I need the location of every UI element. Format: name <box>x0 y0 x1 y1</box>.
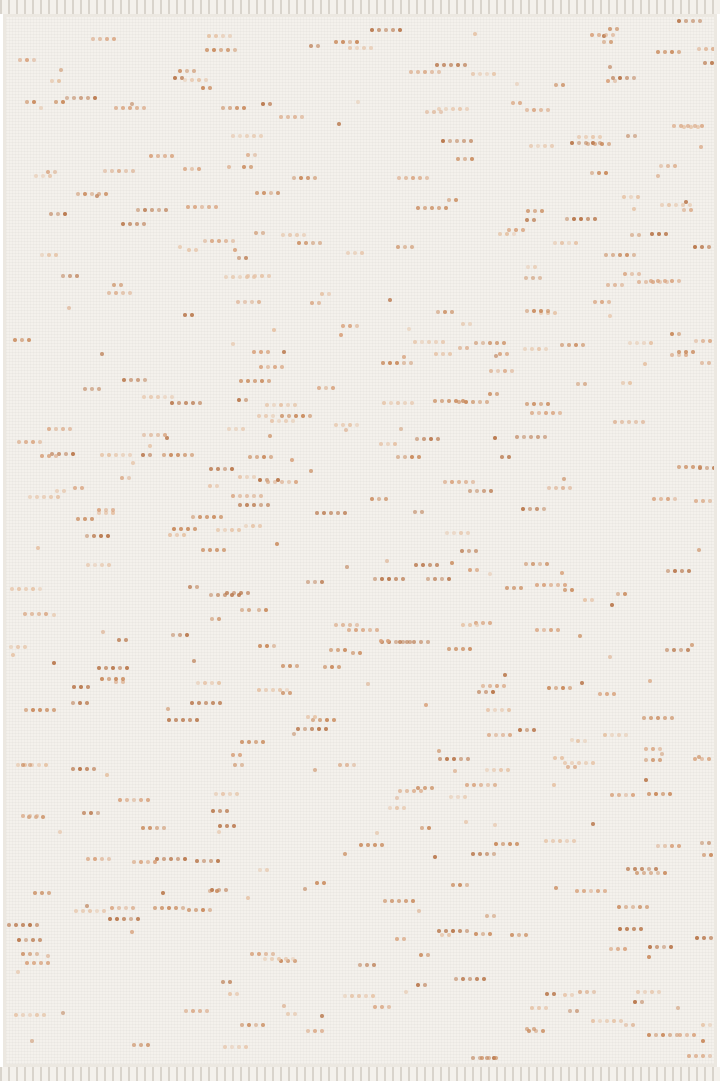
speckle-dot <box>648 679 652 683</box>
speckle-dot <box>670 844 674 848</box>
speckle-dot <box>500 455 504 459</box>
speckle-dot <box>466 757 470 761</box>
speckle-dot <box>649 871 653 875</box>
speckle-dot <box>444 107 448 111</box>
speckle-dot <box>190 167 194 171</box>
speckle-dot <box>486 783 490 787</box>
speckle-dot <box>184 401 188 405</box>
speckle-dot <box>493 708 497 712</box>
speckle-dot <box>31 938 35 942</box>
speckle-dot <box>28 814 32 818</box>
speckle-dot <box>352 763 356 767</box>
speckle-dot <box>636 990 640 994</box>
speckle-dot <box>306 580 310 584</box>
speckle-dot <box>209 859 213 863</box>
speckle-dot <box>35 923 39 927</box>
speckle-dot <box>245 134 249 138</box>
speckle-dot <box>430 206 434 210</box>
speckle-dot <box>14 1013 18 1017</box>
speckle-dot <box>183 78 187 82</box>
speckle-dot <box>560 343 564 347</box>
speckle-dot <box>160 906 164 910</box>
speckle-dot <box>61 274 65 278</box>
speckle-dot <box>616 947 620 951</box>
speckle-dot <box>264 608 268 612</box>
speckle-dot <box>560 756 564 760</box>
speckle-dot <box>411 899 415 903</box>
speckle-dot <box>103 169 107 173</box>
speckle-dot <box>401 577 405 581</box>
speckle-dot <box>535 583 539 587</box>
speckle-dot <box>246 591 250 595</box>
speckle-dot <box>231 494 235 498</box>
speckle-dot <box>405 640 409 644</box>
speckle-dot <box>92 767 96 771</box>
speckle-dot <box>465 107 469 111</box>
speckle-dot <box>365 963 369 967</box>
speckle-dot <box>632 253 636 257</box>
speckle-dot <box>217 239 221 243</box>
speckle-dot <box>404 990 408 994</box>
speckle-dot <box>533 265 537 269</box>
speckle-dot <box>297 241 301 245</box>
speckle-dot <box>59 68 63 72</box>
speckle-dot <box>235 992 239 996</box>
speckle-dot <box>232 824 236 828</box>
speckle-dot <box>656 871 660 875</box>
speckle-dot <box>313 715 317 719</box>
speckle-dot <box>643 362 647 366</box>
speckle-dot <box>451 883 455 887</box>
speckle-dot <box>538 562 542 566</box>
speckle-dot <box>148 826 152 830</box>
speckle-dot <box>238 275 242 279</box>
speckle-dot <box>660 203 664 207</box>
speckle-dot <box>306 176 310 180</box>
speckle-dot <box>650 232 654 236</box>
speckle-dot <box>85 904 89 908</box>
speckle-dot <box>271 414 275 418</box>
speckle-dot <box>282 1004 286 1008</box>
speckle-dot <box>414 563 418 567</box>
speckle-dot <box>712 466 716 470</box>
speckle-dot <box>304 241 308 245</box>
speckle-dot <box>223 593 227 597</box>
speckle-dot <box>90 517 94 521</box>
speckle-dot <box>238 753 242 757</box>
speckle-dot <box>28 763 32 767</box>
speckle-dot <box>315 881 319 885</box>
speckle-dot <box>515 435 519 439</box>
speckle-dot <box>687 1054 691 1058</box>
speckle-dot <box>416 70 420 74</box>
speckle-dot <box>625 76 629 80</box>
speckle-dot <box>537 1006 541 1010</box>
speckle-dot <box>403 455 407 459</box>
speckle-dot <box>100 453 104 457</box>
speckle-dot <box>156 395 160 399</box>
speckle-dot <box>100 563 104 567</box>
speckle-dot <box>485 768 489 772</box>
speckle-dot <box>188 718 192 722</box>
speckle-dot <box>656 174 660 178</box>
speckle-dot <box>221 34 225 38</box>
speckle-dot <box>402 355 406 359</box>
speckle-dot <box>181 718 185 722</box>
speckle-dot <box>348 423 352 427</box>
speckle-dot <box>252 475 256 479</box>
speckle-dot <box>132 1043 136 1047</box>
speckle-dot <box>700 841 704 845</box>
speckle-dot <box>447 933 451 937</box>
speckle-dot <box>257 300 261 304</box>
speckle-dot <box>39 106 43 110</box>
speckle-dot <box>201 908 205 912</box>
speckle-dot <box>436 310 440 314</box>
speckle-dot <box>664 232 668 236</box>
speckle-dot <box>459 531 463 535</box>
speckle-dot <box>437 206 441 210</box>
speckle-dot <box>176 857 180 861</box>
speckle-dot <box>350 994 354 998</box>
speckle-dot <box>570 761 574 765</box>
speckle-dot <box>598 692 602 696</box>
speckle-dot <box>253 379 257 383</box>
speckle-dot <box>343 511 347 515</box>
speckle-dot <box>389 401 393 405</box>
speckle-dot <box>32 961 36 965</box>
speckle-dot <box>54 427 58 431</box>
speckle-dot <box>565 217 569 221</box>
speckle-dot <box>181 906 185 910</box>
speckle-dot <box>167 718 171 722</box>
speckle-dot <box>210 239 214 243</box>
speckle-dot <box>258 524 262 528</box>
speckle-dot <box>238 494 242 498</box>
speckle-dot <box>272 644 276 648</box>
speckle-dot <box>437 929 441 933</box>
speckle-dot <box>301 414 305 418</box>
speckle-dot <box>649 341 653 345</box>
speckle-dot <box>609 947 613 951</box>
speckle-dot <box>117 638 121 642</box>
speckle-dot <box>518 728 522 732</box>
speckle-dot <box>130 102 134 106</box>
speckle-dot <box>31 708 35 712</box>
speckle-dot <box>302 233 306 237</box>
speckle-dot <box>306 1029 310 1033</box>
speckle-dot <box>409 361 413 365</box>
speckle-dot <box>416 983 420 987</box>
speckle-dot <box>80 486 84 490</box>
speckle-dot <box>642 871 646 875</box>
speckle-dot <box>55 489 59 493</box>
speckle-dot <box>163 395 167 399</box>
speckle-dot <box>38 587 42 591</box>
speckle-dot <box>184 1009 188 1013</box>
speckle-dot <box>407 327 411 331</box>
speckle-dot <box>604 171 608 175</box>
speckle-dot <box>546 402 550 406</box>
speckle-dot <box>613 283 617 287</box>
speckle-dot <box>252 350 256 354</box>
speckle-dot <box>524 933 528 937</box>
speckle-dot <box>403 245 407 249</box>
speckle-dot <box>567 241 571 245</box>
speckle-dot <box>153 860 157 864</box>
speckle-dot <box>373 1005 377 1009</box>
speckle-dot <box>395 361 399 365</box>
speckle-dot <box>530 347 534 351</box>
speckle-dot <box>231 239 235 243</box>
speckle-dot <box>398 789 402 793</box>
speckle-dot <box>461 647 465 651</box>
speckle-dot <box>423 70 427 74</box>
speckle-dot <box>277 957 281 961</box>
speckle-dot <box>464 480 468 484</box>
speckle-dot <box>38 938 42 942</box>
speckle-dot <box>68 274 72 278</box>
speckle-dot <box>613 79 617 83</box>
speckle-dot <box>697 47 701 51</box>
speckle-dot <box>640 1000 644 1004</box>
speckle-dot <box>492 72 496 76</box>
speckle-dot <box>244 1045 248 1049</box>
speckle-dot <box>203 681 207 685</box>
speckle-dot <box>670 332 674 336</box>
speckle-dot <box>610 733 614 737</box>
speckle-dot <box>294 414 298 418</box>
speckle-dot <box>201 548 205 552</box>
speckle-dot <box>270 957 274 961</box>
speckle-dot <box>91 37 95 41</box>
speckle-dot <box>130 930 134 934</box>
speckle-dot <box>604 33 608 37</box>
speckle-dot <box>636 195 640 199</box>
speckle-dot <box>598 1019 602 1023</box>
speckle-dot <box>114 106 118 110</box>
speckle-dot <box>641 420 645 424</box>
speckle-dot <box>35 952 39 956</box>
speckle-dot <box>485 852 489 856</box>
speckle-dot <box>561 486 565 490</box>
speckle-dot <box>680 569 684 573</box>
speckle-dot <box>488 684 492 688</box>
speckle-dot <box>334 623 338 627</box>
speckle-dot <box>382 401 386 405</box>
speckle-dot <box>694 499 698 503</box>
speckle-dot <box>117 906 121 910</box>
speckle-dot <box>558 839 562 843</box>
speckle-dot <box>348 40 352 44</box>
speckle-dot <box>417 909 421 913</box>
speckle-dot <box>346 251 350 255</box>
speckle-dot <box>697 548 701 552</box>
speckle-dot <box>427 826 431 830</box>
speckle-dot <box>426 577 430 581</box>
speckle-dot <box>434 352 438 356</box>
speckle-dot <box>260 379 264 383</box>
speckle-dot <box>336 511 340 515</box>
speckle-dot <box>419 789 423 793</box>
speckle-dot <box>185 69 189 73</box>
speckle-dot <box>257 414 261 418</box>
speckle-dot <box>496 369 500 373</box>
speckle-dot <box>612 1019 616 1023</box>
speckle-dot <box>183 313 187 317</box>
speckle-dot <box>409 70 413 74</box>
speckle-dot <box>216 859 220 863</box>
speckle-dot <box>280 480 284 484</box>
speckle-dot <box>532 108 536 112</box>
speckle-dot <box>379 639 383 643</box>
speckle-dot <box>21 763 25 767</box>
speckle-dot <box>118 798 122 802</box>
speckle-dot <box>73 486 77 490</box>
speckle-dot <box>532 728 536 732</box>
speckle-dot <box>272 403 276 407</box>
speckle-dot <box>563 583 567 587</box>
speckle-dot <box>412 640 416 644</box>
speckle-dot <box>470 157 474 161</box>
speckle-dot <box>690 643 694 647</box>
speckle-dot <box>45 708 49 712</box>
speckle-dot <box>418 176 422 180</box>
speckle-dot <box>64 452 68 456</box>
speckle-dot <box>107 677 111 681</box>
speckle-dot <box>553 756 557 760</box>
speckle-dot <box>174 906 178 910</box>
speckle-dot <box>121 677 125 681</box>
speckle-dot <box>694 1054 698 1058</box>
speckle-dot <box>642 341 646 345</box>
speckle-dot <box>209 467 213 471</box>
speckle-dot <box>266 350 270 354</box>
speckle-dot <box>170 401 174 405</box>
speckle-dot <box>240 608 244 612</box>
speckle-dot <box>577 135 581 139</box>
speckle-dot <box>240 763 244 767</box>
speckle-dot <box>430 70 434 74</box>
speckle-dot <box>30 612 34 616</box>
speckle-dot <box>488 572 492 576</box>
speckle-dot <box>334 40 338 44</box>
speckle-dot <box>672 648 676 652</box>
speckle-dot <box>659 497 663 501</box>
speckle-dot <box>525 309 529 313</box>
speckle-dot <box>605 692 609 696</box>
speckle-dot <box>196 681 200 685</box>
speckle-dot <box>709 936 713 940</box>
speckle-dot <box>433 855 437 859</box>
speckle-dot <box>44 763 48 767</box>
speckle-dot <box>609 40 613 44</box>
speckle-dot <box>223 1045 227 1049</box>
speckle-dot <box>281 664 285 668</box>
speckle-dot <box>225 809 229 813</box>
speckle-dot <box>324 386 328 390</box>
speckle-dot <box>24 708 28 712</box>
speckle-dot <box>532 218 536 222</box>
speckle-dot <box>528 507 532 511</box>
speckle-dot <box>485 914 489 918</box>
speckle-dot <box>24 440 28 444</box>
speckle-dot <box>188 585 192 589</box>
speckle-dot <box>471 1056 475 1060</box>
speckle-dot <box>207 205 211 209</box>
speckle-dot <box>568 486 572 490</box>
speckle-dot <box>173 76 177 80</box>
speckle-dot <box>610 793 614 797</box>
speckle-dot <box>542 628 546 632</box>
speckle-dot <box>71 452 75 456</box>
speckle-dot <box>575 889 579 893</box>
speckle-dot <box>544 839 548 843</box>
speckle-dot <box>661 792 665 796</box>
speckle-dot <box>679 648 683 652</box>
speckle-dot <box>322 511 326 515</box>
speckle-dot <box>708 1023 712 1027</box>
speckle-dot <box>584 761 588 765</box>
speckle-dot <box>436 437 440 441</box>
speckle-dot <box>637 233 641 237</box>
speckle-dot <box>584 135 588 139</box>
speckle-dot <box>221 792 225 796</box>
speckle-dot <box>218 701 222 705</box>
speckle-dot <box>52 661 56 665</box>
speckle-dot <box>428 563 432 567</box>
speckle-dot <box>281 233 285 237</box>
speckle-dot <box>473 32 477 36</box>
speckle-dot <box>231 275 235 279</box>
speckle-dot <box>17 587 21 591</box>
speckle-dot <box>348 623 352 627</box>
speckle-dot <box>377 28 381 32</box>
speckle-dot <box>678 1033 682 1037</box>
speckle-dot <box>23 645 27 649</box>
speckle-dot <box>543 144 547 148</box>
speckle-dot <box>698 465 702 469</box>
speckle-dot <box>142 433 146 437</box>
speckle-dot <box>522 435 526 439</box>
speckle-dot <box>663 279 667 283</box>
speckle-dot <box>192 659 196 663</box>
speckle-dot <box>413 340 417 344</box>
speckle-dot <box>263 957 267 961</box>
speckle-dot <box>464 820 468 824</box>
speckle-dot <box>531 276 535 280</box>
speckle-dot <box>82 811 86 815</box>
speckle-dot <box>380 1005 384 1009</box>
speckle-dot <box>626 867 630 871</box>
speckle-dot <box>624 905 628 909</box>
speckle-dot <box>244 256 248 260</box>
speckle-dot <box>269 191 273 195</box>
speckle-dot <box>40 454 44 458</box>
speckle-dot <box>62 489 66 493</box>
speckle-dot <box>171 633 175 637</box>
speckle-dot <box>372 963 376 967</box>
speckle-dot <box>703 61 707 65</box>
speckle-dot <box>17 440 21 444</box>
speckle-dot <box>96 811 100 815</box>
speckle-dot <box>568 686 572 690</box>
speckle-dot <box>218 824 222 828</box>
speckle-dot <box>502 341 506 345</box>
speckle-dot <box>403 401 407 405</box>
speckle-dot <box>240 740 244 744</box>
speckle-dot <box>487 733 491 737</box>
